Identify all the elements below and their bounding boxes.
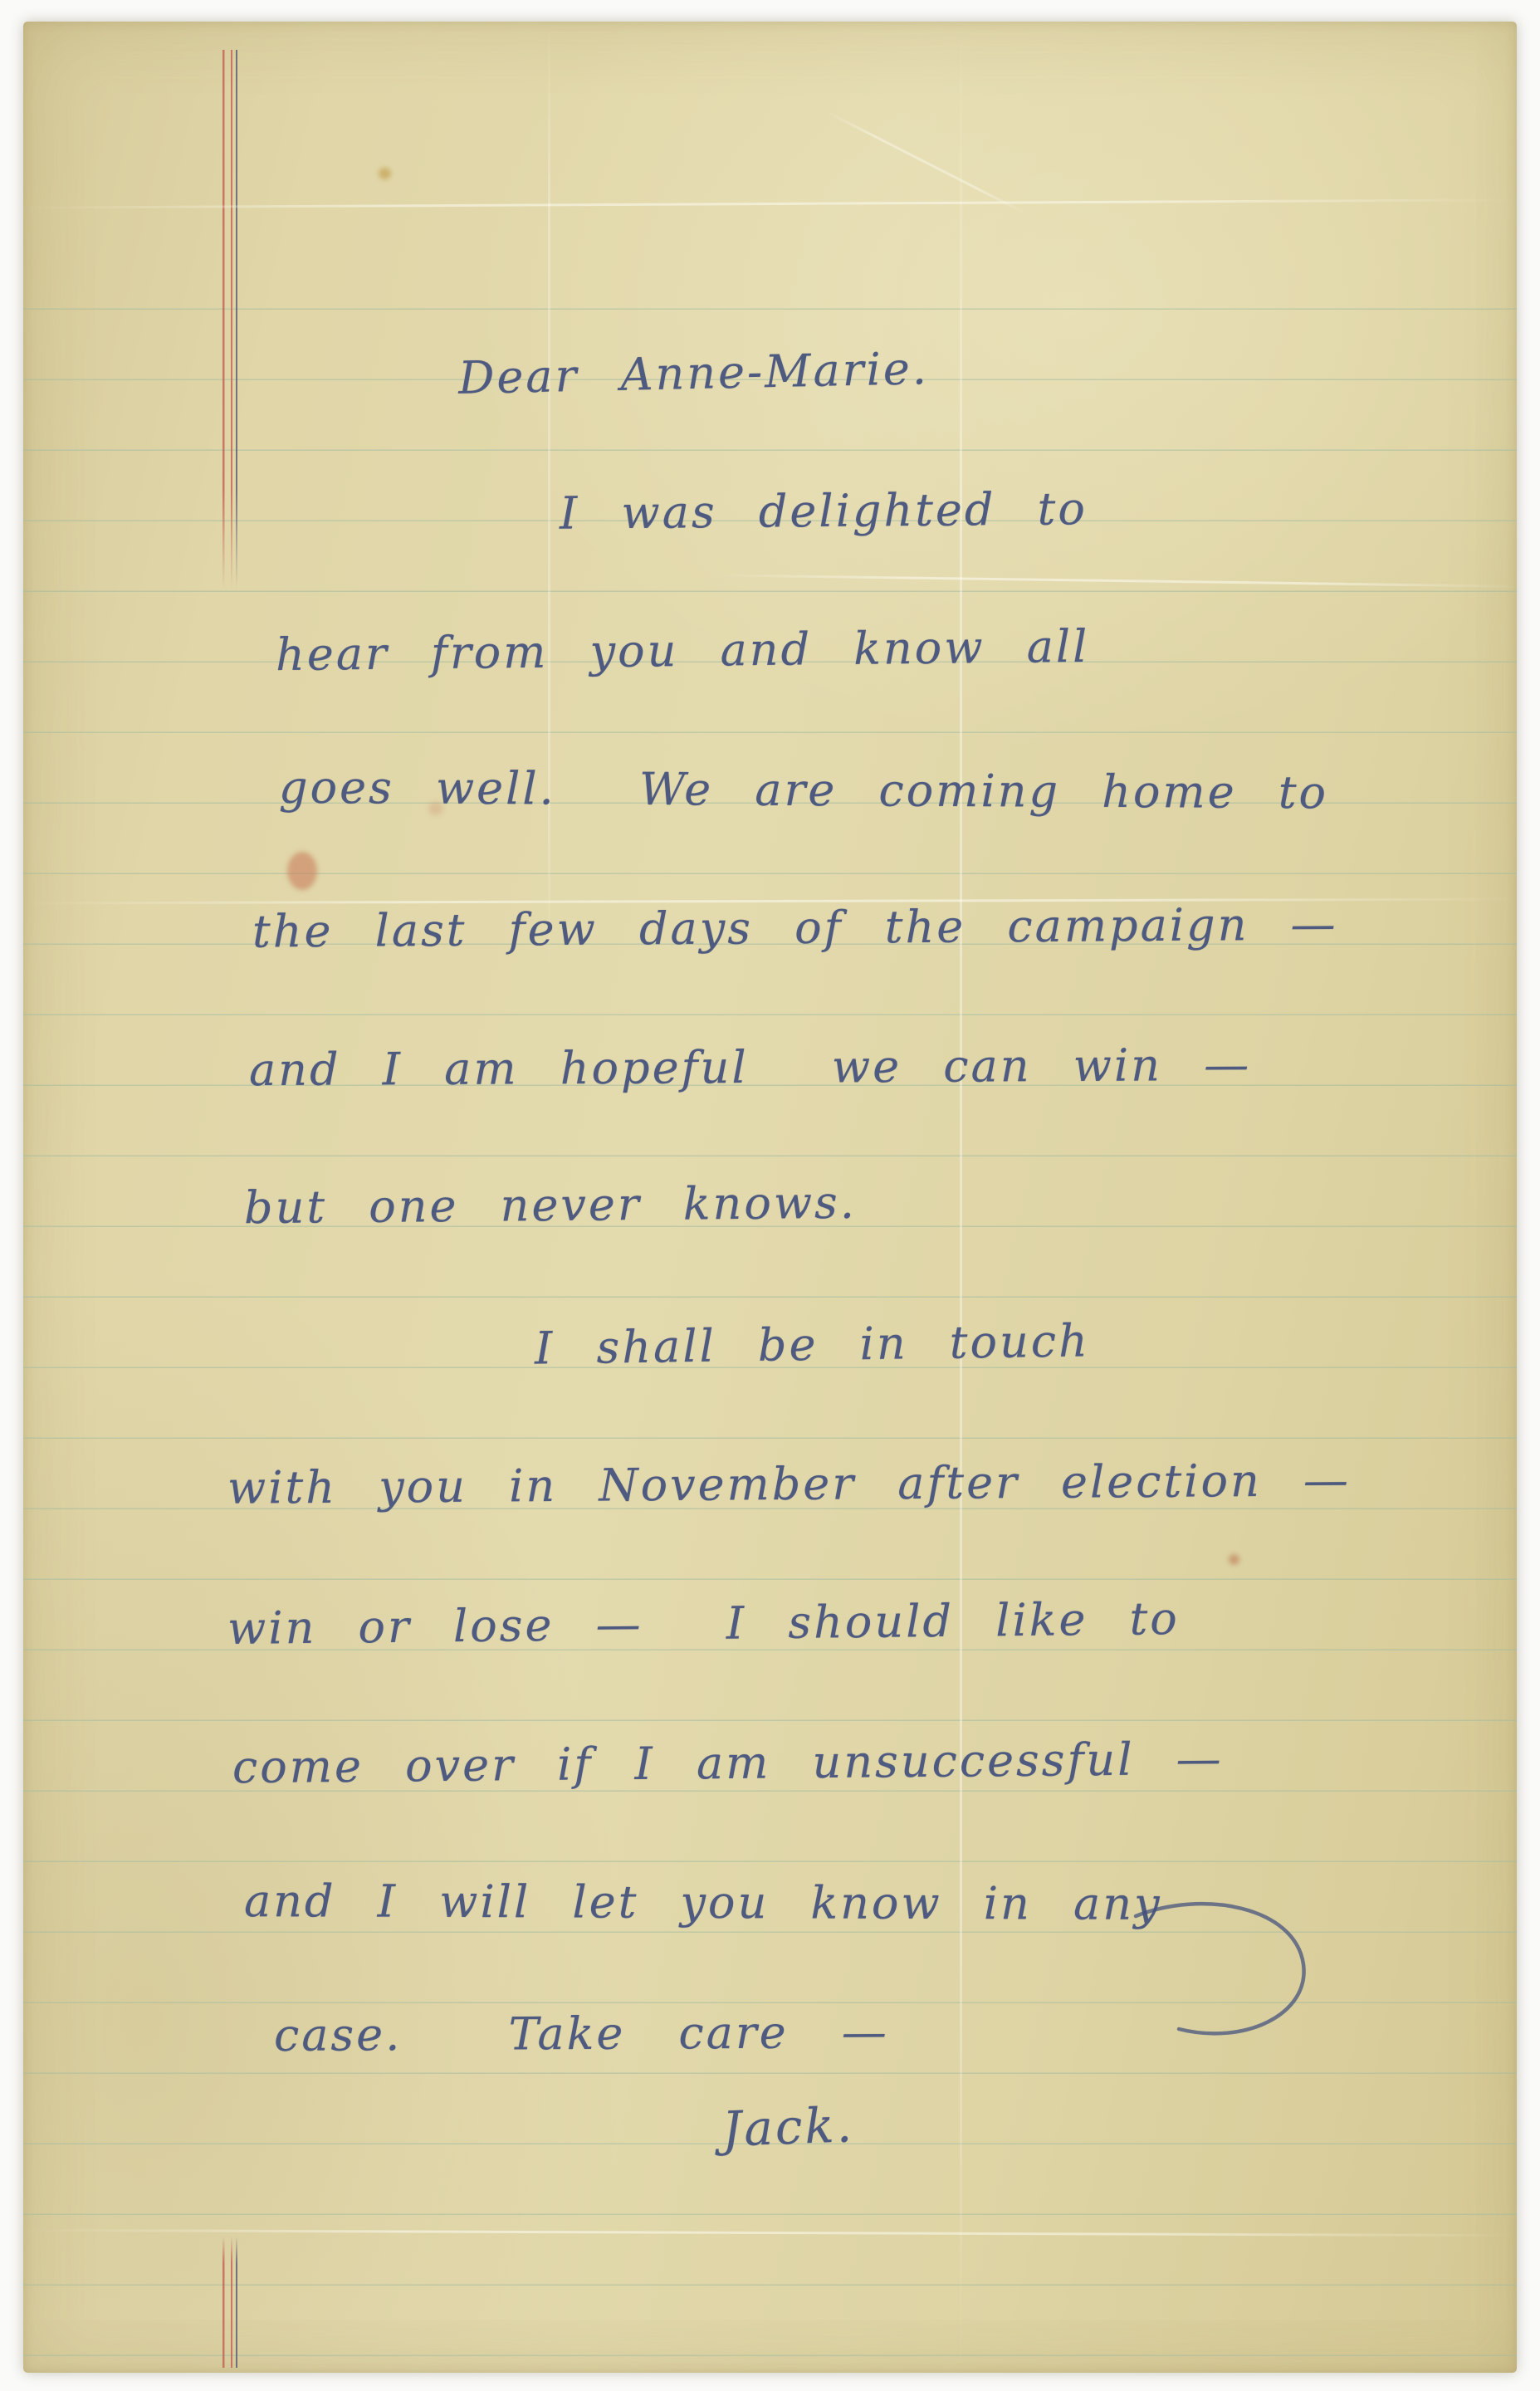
letter-line: come over if I am unsuccessful —	[232, 1733, 1224, 1793]
fold-crease-vertical	[548, 22, 550, 976]
pen-flourish-stroke	[1127, 1891, 1327, 2066]
fold-crease	[23, 198, 1517, 208]
letter-line: win or lose — I should like to	[227, 1592, 1180, 1655]
letter-line: and I am hopeful we can win —	[249, 1039, 1251, 1096]
letter-signature: Jack.	[721, 2096, 855, 2158]
letter-line: with you in November after election —	[227, 1454, 1351, 1513]
scanned-letter-page: Dear Anne-Marie. I was delighted to hear…	[0, 0, 1540, 2391]
fold-crease-vertical	[960, 22, 962, 2373]
letter-line: and I will let you know in any	[244, 1875, 1162, 1930]
paper-sheet: Dear Anne-Marie. I was delighted to hear…	[23, 22, 1517, 2373]
letter-line: I shall be in touch	[535, 1314, 1091, 1374]
letter-line: hear from you and know all	[276, 620, 1090, 681]
letter-line: the last few days of the campaign —	[252, 897, 1338, 957]
letter-line: goes well. We are coming home to	[279, 761, 1328, 819]
fold-crease	[825, 110, 1026, 214]
ink-stain	[287, 852, 317, 890]
letter-closing: case. Take care —	[274, 2006, 889, 2061]
margin-line-bottom	[222, 2237, 239, 2368]
letter-line: I was delighted to	[560, 482, 1088, 540]
margin-line-top	[222, 50, 239, 588]
foxing-spot	[1229, 1554, 1239, 1565]
foxing-spot	[379, 168, 391, 179]
letter-line: but one never knows.	[244, 1176, 857, 1234]
letter-salutation: Dear Anne-Marie.	[457, 342, 929, 404]
